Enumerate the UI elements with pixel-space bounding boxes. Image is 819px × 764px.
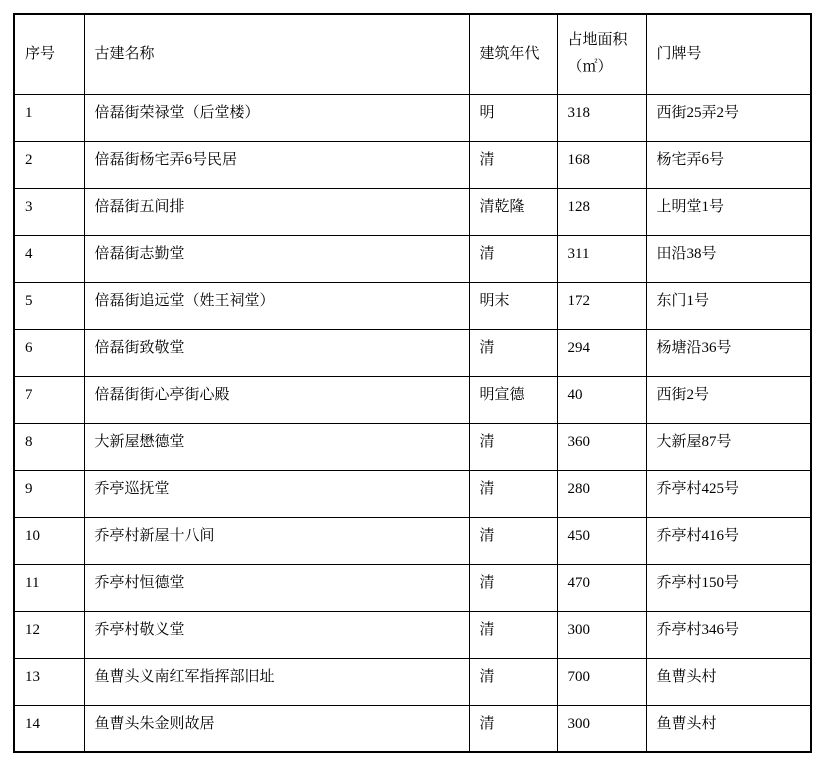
- cell-index: 6: [14, 329, 84, 376]
- cell-index: 10: [14, 517, 84, 564]
- cell-area: 300: [557, 611, 646, 658]
- cell-name: 倍磊街荣禄堂（后堂楼）: [84, 94, 469, 141]
- cell-area: 470: [557, 564, 646, 611]
- cell-address: 乔亭村425号: [646, 470, 811, 517]
- cell-era: 明末: [469, 282, 557, 329]
- cell-area: 311: [557, 235, 646, 282]
- cell-index: 11: [14, 564, 84, 611]
- cell-index: 12: [14, 611, 84, 658]
- cell-name: 大新屋懋德堂: [84, 423, 469, 470]
- cell-name: 乔亭村敬义堂: [84, 611, 469, 658]
- table-row: 3倍磊街五间排清乾隆128上明堂1号: [14, 188, 811, 235]
- table-row: 6倍磊街致敬堂清294杨塘沿36号: [14, 329, 811, 376]
- table-row: 5倍磊街追远堂（姓王祠堂）明末172东门1号: [14, 282, 811, 329]
- cell-index: 1: [14, 94, 84, 141]
- cell-address: 乔亭村150号: [646, 564, 811, 611]
- table-row: 2倍磊街杨宅弄6号民居清168杨宅弄6号: [14, 141, 811, 188]
- cell-address: 西街2号: [646, 376, 811, 423]
- cell-area: 300: [557, 705, 646, 752]
- cell-name: 乔亭村恒德堂: [84, 564, 469, 611]
- cell-name: 倍磊街追远堂（姓王祠堂）: [84, 282, 469, 329]
- table-row: 13鱼曹头义南红军指挥部旧址清700鱼曹头村: [14, 658, 811, 705]
- cell-area: 700: [557, 658, 646, 705]
- cell-address: 西街25弄2号: [646, 94, 811, 141]
- table-row: 11乔亭村恒德堂清470乔亭村150号: [14, 564, 811, 611]
- cell-era: 清乾隆: [469, 188, 557, 235]
- cell-index: 7: [14, 376, 84, 423]
- ancient-buildings-table: 序号 古建名称 建筑年代 占地面积 （㎡） 门牌号 1倍磊街荣禄堂（后堂楼）明3…: [13, 13, 812, 753]
- cell-index: 5: [14, 282, 84, 329]
- cell-name: 倍磊街五间排: [84, 188, 469, 235]
- cell-era: 明: [469, 94, 557, 141]
- cell-name: 乔亭巡抚堂: [84, 470, 469, 517]
- cell-name: 倍磊街致敬堂: [84, 329, 469, 376]
- cell-era: 清: [469, 470, 557, 517]
- cell-name: 鱼曹头义南红军指挥部旧址: [84, 658, 469, 705]
- cell-name: 倍磊街志勤堂: [84, 235, 469, 282]
- table-body: 1倍磊街荣禄堂（后堂楼）明318西街25弄2号2倍磊街杨宅弄6号民居清168杨宅…: [14, 94, 811, 752]
- cell-address: 上明堂1号: [646, 188, 811, 235]
- cell-name: 乔亭村新屋十八间: [84, 517, 469, 564]
- header-row: 序号 古建名称 建筑年代 占地面积 （㎡） 门牌号: [14, 14, 811, 94]
- cell-name: 鱼曹头朱金则故居: [84, 705, 469, 752]
- cell-address: 田沿38号: [646, 235, 811, 282]
- table-row: 9乔亭巡抚堂清280乔亭村425号: [14, 470, 811, 517]
- cell-index: 2: [14, 141, 84, 188]
- table-row: 8大新屋懋德堂清360大新屋87号: [14, 423, 811, 470]
- cell-index: 9: [14, 470, 84, 517]
- cell-address: 鱼曹头村: [646, 705, 811, 752]
- cell-era: 明宣德: [469, 376, 557, 423]
- cell-address: 乔亭村346号: [646, 611, 811, 658]
- cell-area: 172: [557, 282, 646, 329]
- cell-index: 13: [14, 658, 84, 705]
- cell-index: 3: [14, 188, 84, 235]
- cell-address: 乔亭村416号: [646, 517, 811, 564]
- table-row: 1倍磊街荣禄堂（后堂楼）明318西街25弄2号: [14, 94, 811, 141]
- table-row: 12乔亭村敬义堂清300乔亭村346号: [14, 611, 811, 658]
- col-header-index: 序号: [14, 14, 84, 94]
- table-row: 14鱼曹头朱金则故居清300鱼曹头村: [14, 705, 811, 752]
- table-row: 10乔亭村新屋十八间清450乔亭村416号: [14, 517, 811, 564]
- cell-area: 128: [557, 188, 646, 235]
- table-row: 4倍磊街志勤堂清311田沿38号: [14, 235, 811, 282]
- cell-area: 40: [557, 376, 646, 423]
- table-row: 7倍磊街街心亭街心殿明宣德40西街2号: [14, 376, 811, 423]
- col-header-address: 门牌号: [646, 14, 811, 94]
- cell-area: 360: [557, 423, 646, 470]
- cell-address: 东门1号: [646, 282, 811, 329]
- cell-name: 倍磊街街心亭街心殿: [84, 376, 469, 423]
- cell-name: 倍磊街杨宅弄6号民居: [84, 141, 469, 188]
- cell-era: 清: [469, 517, 557, 564]
- cell-era: 清: [469, 611, 557, 658]
- cell-era: 清: [469, 141, 557, 188]
- col-header-area: 占地面积 （㎡）: [557, 14, 646, 94]
- cell-era: 清: [469, 329, 557, 376]
- cell-area: 450: [557, 517, 646, 564]
- cell-address: 杨宅弄6号: [646, 141, 811, 188]
- cell-area: 318: [557, 94, 646, 141]
- cell-era: 清: [469, 658, 557, 705]
- cell-index: 8: [14, 423, 84, 470]
- cell-era: 清: [469, 235, 557, 282]
- cell-address: 杨塘沿36号: [646, 329, 811, 376]
- cell-era: 清: [469, 705, 557, 752]
- col-header-name: 古建名称: [84, 14, 469, 94]
- cell-index: 4: [14, 235, 84, 282]
- cell-area: 294: [557, 329, 646, 376]
- col-header-era: 建筑年代: [469, 14, 557, 94]
- cell-era: 清: [469, 423, 557, 470]
- cell-address: 大新屋87号: [646, 423, 811, 470]
- cell-area: 168: [557, 141, 646, 188]
- cell-index: 14: [14, 705, 84, 752]
- cell-era: 清: [469, 564, 557, 611]
- cell-area: 280: [557, 470, 646, 517]
- cell-address: 鱼曹头村: [646, 658, 811, 705]
